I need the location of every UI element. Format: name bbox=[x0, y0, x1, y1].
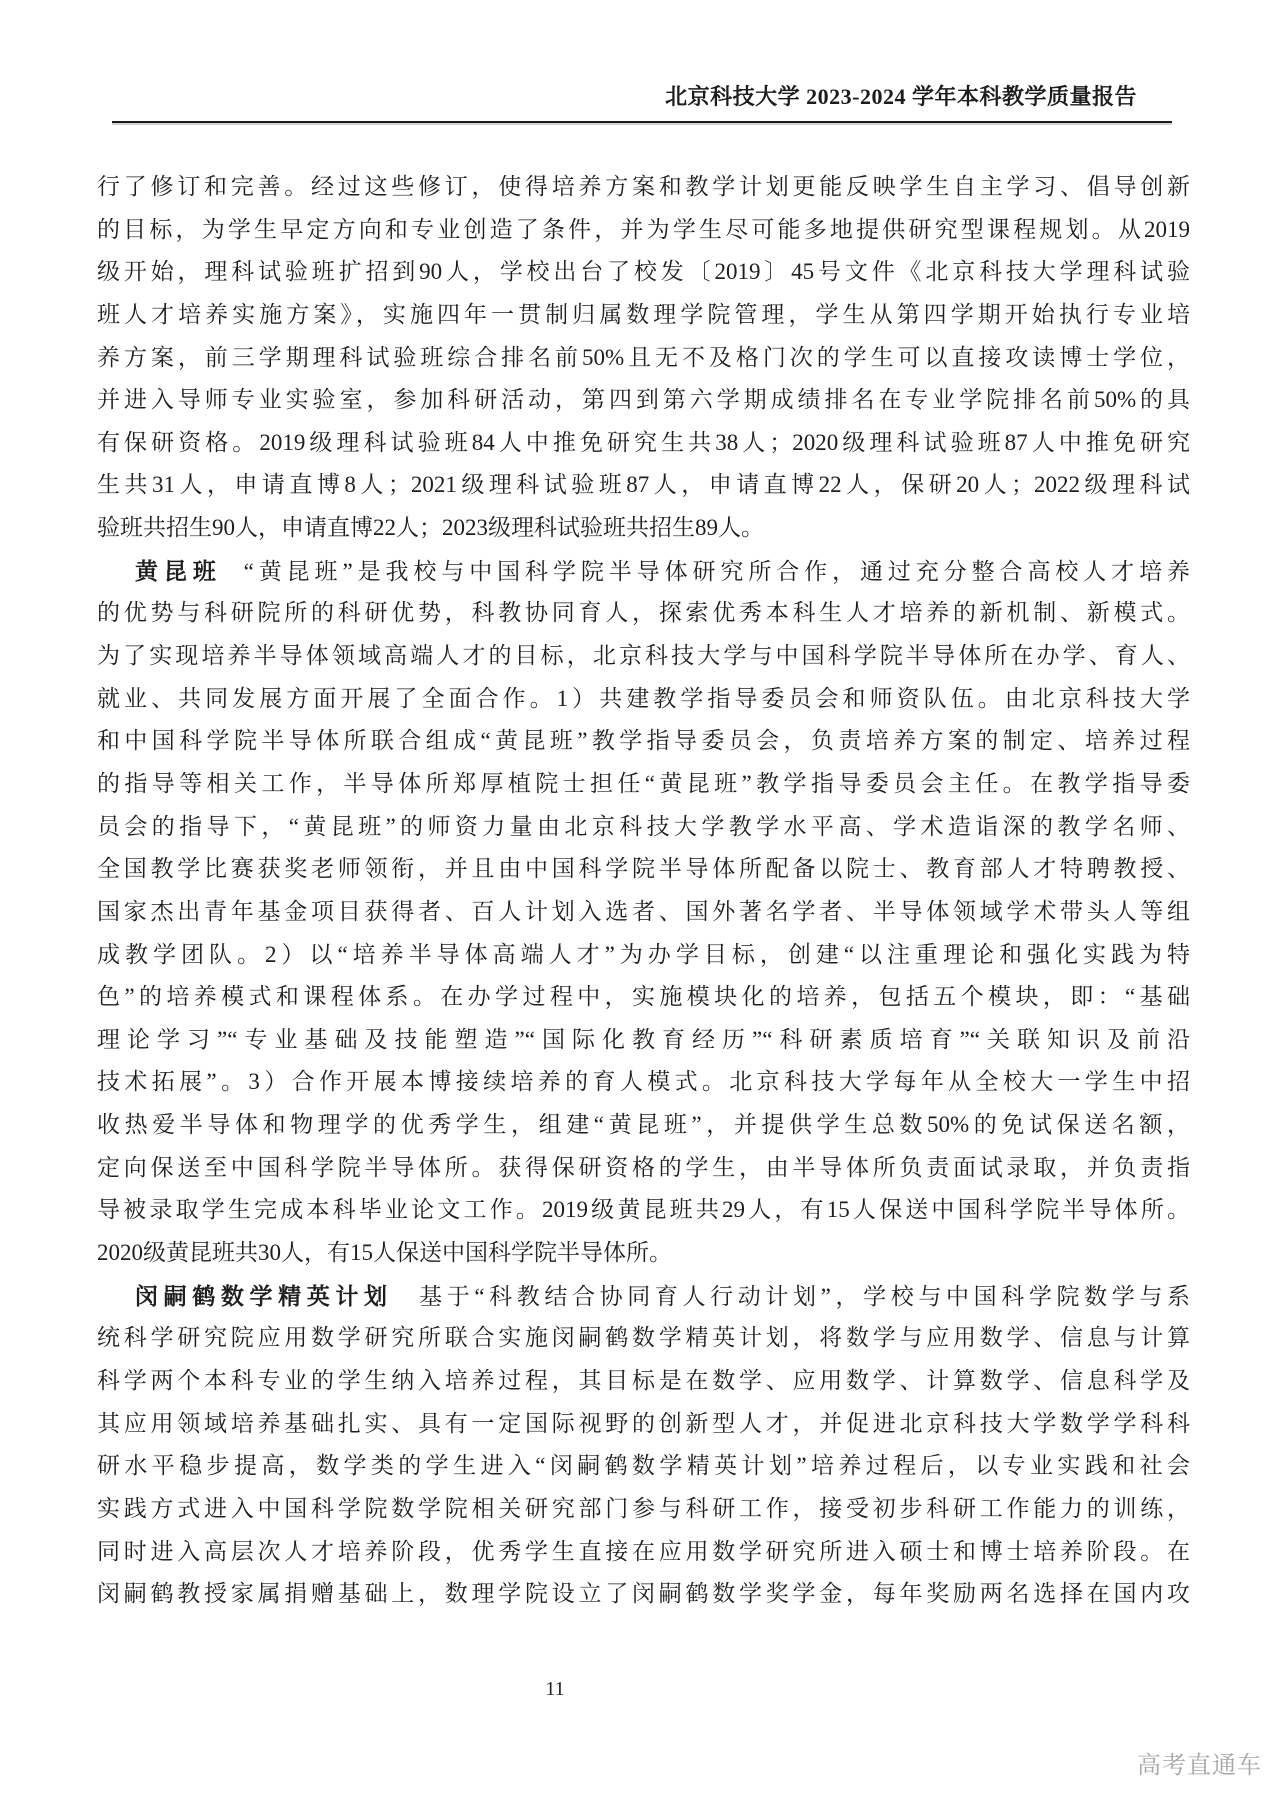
text-line: 的目标，为学生早定方向和专业创造了条件，并为学生尽可能多地提供研究型课程规划。从… bbox=[97, 209, 1190, 252]
text-line: 并进入导师专业实验室，参加科研活动，第四到第六学期成绩排名在专业学院排名前50%… bbox=[97, 379, 1190, 422]
page-number: 11 bbox=[525, 1678, 585, 1701]
line-text: 和中国科学院半导体所联合组成“黄昆班”教学指导委员会，负责培养方案的制定、培养过… bbox=[97, 728, 1190, 753]
line-text: 色”的培养模式和课程体系。在办学过程中，实施模块化的培养，包括五个模块，即：“基… bbox=[97, 984, 1190, 1009]
text-line: 黄昆班“黄昆班”是我校与中国科学院半导体研究所合作，通过充分整合高校人才培养 bbox=[97, 550, 1190, 593]
text-line: 统科学研究院应用数学研究所联合实施闵嗣鹤数学精英计划，将数学与应用数学、信息与计… bbox=[97, 1317, 1190, 1360]
text-line: 2020级黄昆班共30人，有15人保送中国科学院半导体所。 bbox=[97, 1232, 1190, 1275]
line-text: 全国教学比赛获奖老师领衔，并且由中国科学院半导体所配备以院士、教育部人才特聘教授… bbox=[97, 856, 1190, 881]
line-text: 的优势与科研院所的科研优势，科教协同育人，探索优秀本科生人才培养的新机制、新模式… bbox=[97, 600, 1190, 625]
text-line: 研水平稳步提高，数学类的学生进入“闵嗣鹤数学精英计划”培养过程后，以专业实践和社… bbox=[97, 1445, 1190, 1488]
line-text: 并进入导师专业实验室，参加科研活动，第四到第六学期成绩排名在专业学院排名前50%… bbox=[97, 387, 1190, 412]
line-text: 基于“科教结合协同育人行动计划”，学校与中国科学院数学与系 bbox=[414, 1284, 1190, 1309]
line-text: 其应用领域培养基础扎实、具有一定国际视野的创新型人才，并促进北京科技大学数学学科… bbox=[97, 1411, 1190, 1436]
line-text: 养方案，前三学期理科试验班综合排名前50%且无不及格门次的学生可以直接攻读博士学… bbox=[97, 345, 1190, 370]
text-line: 的优势与科研院所的科研优势，科教协同育人，探索优秀本科生人才培养的新机制、新模式… bbox=[97, 592, 1190, 635]
text-line: 有保研资格。2019级理科试验班84人中推免研究生共38人；2020级理科试验班… bbox=[97, 422, 1190, 465]
text-line: 色”的培养模式和课程体系。在办学过程中，实施模块化的培养，包括五个模块，即：“基… bbox=[97, 976, 1190, 1019]
paragraph-lead: 闵嗣鹤数学精英计划 bbox=[135, 1283, 393, 1309]
line-text: 统科学研究院应用数学研究所联合实施闵嗣鹤数学精英计划，将数学与应用数学、信息与计… bbox=[97, 1325, 1190, 1350]
report-page: 北京科技大学 2023-2024 学年本科教学质量报告 行了修订和完善。经过这些… bbox=[0, 0, 1280, 1810]
text-line: 验班共招生90人，申请直博22人；2023级理科试验班共招生89人。 bbox=[97, 507, 1190, 550]
text-line: 闵嗣鹤数学精英计划基于“科教结合协同育人行动计划”，学校与中国科学院数学与系 bbox=[97, 1275, 1190, 1318]
text-line: 科学两个本科专业的学生纳入培养过程，其目标是在数学、应用数学、计算数学、信息科学… bbox=[97, 1360, 1190, 1403]
text-line: 同时进入高层次人才培养阶段，优秀学生直接在应用数学研究所进入硕士和博士培养阶段。… bbox=[97, 1531, 1190, 1574]
line-text: 同时进入高层次人才培养阶段，优秀学生直接在应用数学研究所进入硕士和博士培养阶段。… bbox=[97, 1539, 1190, 1564]
line-text: 导被录取学生完成本科毕业论文工作。2019级黄昆班共29人，有15人保送中国科学… bbox=[97, 1197, 1190, 1222]
line-text: 员会的指导下，“黄昆班”的师资力量由北京科技大学教学水平高、学术造诣深的教学名师… bbox=[97, 814, 1190, 839]
line-text: 级开始，理科试验班扩招到90人，学校出台了校发〔2019〕45号文件《北京科技大… bbox=[97, 259, 1190, 284]
text-line: 其应用领域培养基础扎实、具有一定国际视野的创新型人才，并促进北京科技大学数学学科… bbox=[97, 1403, 1190, 1446]
line-text: 成教学团队。2）以“培养半导体高端人才”为办学目标，创建“以注重理论和强化实践为… bbox=[97, 942, 1190, 967]
header-rule bbox=[112, 121, 1172, 123]
line-text: 的指导等相关工作，半导体所郑厚植院士担任“黄昆班”教学指导委员会主任。在教学指导… bbox=[97, 771, 1190, 796]
line-text: 有保研资格。2019级理科试验班84人中推免研究生共38人；2020级理科试验班… bbox=[97, 430, 1190, 455]
line-text: 班人才培养实施方案》，实施四年一贯制归属数理学院管理，学生从第四学期开始执行专业… bbox=[97, 302, 1190, 327]
text-line: 班人才培养实施方案》，实施四年一贯制归属数理学院管理，学生从第四学期开始执行专业… bbox=[97, 294, 1190, 337]
text-line: 级开始，理科试验班扩招到90人，学校出台了校发〔2019〕45号文件《北京科技大… bbox=[97, 251, 1190, 294]
line-text: 定向保送至中国科学院半导体所。获得保研资格的学生，由半导体所负责面试录取，并负责… bbox=[97, 1155, 1190, 1180]
text-line: 和中国科学院半导体所联合组成“黄昆班”教学指导委员会，负责培养方案的制定、培养过… bbox=[97, 720, 1190, 763]
text-line: 实践方式进入中国科学院数学院相关研究部门参与科研工作，接受初步科研工作能力的训练… bbox=[97, 1488, 1190, 1531]
line-text: “黄昆班”是我校与中国科学院半导体研究所合作，通过充分整合高校人才培养 bbox=[244, 559, 1190, 584]
watermark: 高考直通车 bbox=[1137, 1752, 1262, 1780]
line-text: 科学两个本科专业的学生纳入培养过程，其目标是在数学、应用数学、计算数学、信息科学… bbox=[97, 1368, 1190, 1393]
line-text: 研水平稳步提高，数学类的学生进入“闵嗣鹤数学精英计划”培养过程后，以专业实践和社… bbox=[97, 1453, 1190, 1478]
line-text: 就业、共同发展方面开展了全面合作。1）共建教学指导委员会和师资队伍。由北京科技大… bbox=[97, 686, 1190, 711]
text-line: 理论学习”“专业基础及技能塑造”“国际化教育经历”“科研素质培育”“关联知识及前… bbox=[97, 1019, 1190, 1062]
line-text: 收热爱半导体和物理学的优秀学生，组建“黄昆班”，并提供学生总数50%的免试保送名… bbox=[97, 1112, 1190, 1137]
text-line: 技术拓展”。3）合作开展本博接续培养的育人模式。北京科技大学每年从全校大一学生中… bbox=[97, 1061, 1190, 1104]
paragraph-lead: 黄昆班 bbox=[135, 558, 222, 584]
text-line: 生共31人，申请直博8人；2021级理科试验班87人，申请直博22人，保研20人… bbox=[97, 464, 1190, 507]
text-line: 为了实现培养半导体领域高端人才的目标，北京科技大学与中国科学院半导体所在办学、育… bbox=[97, 635, 1190, 678]
text-line: 全国教学比赛获奖老师领衔，并且由中国科学院半导体所配备以院士、教育部人才特聘教授… bbox=[97, 848, 1190, 891]
text-line: 国家杰出青年基金项目获得者、百人计划入选者、国外著名学者、半导体领域学术带头人等… bbox=[97, 891, 1190, 934]
line-text: 验班共招生90人，申请直博22人；2023级理科试验班共招生89人。 bbox=[97, 515, 764, 540]
line-text: 实践方式进入中国科学院数学院相关研究部门参与科研工作，接受初步科研工作能力的训练… bbox=[97, 1496, 1190, 1521]
text-line: 闵嗣鹤教授家属捐赠基础上，数理学院设立了闵嗣鹤数学奖学金，每年奖励两名选择在国内… bbox=[97, 1573, 1190, 1616]
text-line: 就业、共同发展方面开展了全面合作。1）共建教学指导委员会和师资队伍。由北京科技大… bbox=[97, 678, 1190, 721]
text-line: 收热爱半导体和物理学的优秀学生，组建“黄昆班”，并提供学生总数50%的免试保送名… bbox=[97, 1104, 1190, 1147]
text-line: 成教学团队。2）以“培养半导体高端人才”为办学目标，创建“以注重理论和强化实践为… bbox=[97, 934, 1190, 977]
line-text: 的目标，为学生早定方向和专业创造了条件，并为学生尽可能多地提供研究型课程规划。从… bbox=[97, 217, 1190, 242]
text-line: 的指导等相关工作，半导体所郑厚植院士担任“黄昆班”教学指导委员会主任。在教学指导… bbox=[97, 763, 1190, 806]
header-title: 北京科技大学 2023-2024 学年本科教学质量报告 bbox=[97, 82, 1137, 112]
text-line: 定向保送至中国科学院半导体所。获得保研资格的学生，由半导体所负责面试录取，并负责… bbox=[97, 1147, 1190, 1190]
line-text: 为了实现培养半导体领域高端人才的目标，北京科技大学与中国科学院半导体所在办学、育… bbox=[97, 643, 1190, 668]
text-line: 导被录取学生完成本科毕业论文工作。2019级黄昆班共29人，有15人保送中国科学… bbox=[97, 1189, 1190, 1232]
document-body: 行了修订和完善。经过这些修订，使得培养方案和教学计划更能反映学生自主学习、倡导创… bbox=[97, 166, 1190, 1616]
text-line: 行了修订和完善。经过这些修订，使得培养方案和教学计划更能反映学生自主学习、倡导创… bbox=[97, 166, 1190, 209]
line-text: 闵嗣鹤教授家属捐赠基础上，数理学院设立了闵嗣鹤数学奖学金，每年奖励两名选择在国内… bbox=[97, 1581, 1190, 1606]
line-text: 行了修订和完善。经过这些修订，使得培养方案和教学计划更能反映学生自主学习、倡导创… bbox=[97, 174, 1190, 199]
line-text: 国家杰出青年基金项目获得者、百人计划入选者、国外著名学者、半导体领域学术带头人等… bbox=[97, 899, 1190, 924]
text-line: 员会的指导下，“黄昆班”的师资力量由北京科技大学教学水平高、学术造诣深的教学名师… bbox=[97, 806, 1190, 849]
line-text: 生共31人，申请直博8人；2021级理科试验班87人，申请直博22人，保研20人… bbox=[97, 472, 1190, 497]
line-text: 技术拓展”。3）合作开展本博接续培养的育人模式。北京科技大学每年从全校大一学生中… bbox=[97, 1069, 1190, 1094]
line-text: 2020级黄昆班共30人，有15人保送中国科学院半导体所。 bbox=[97, 1240, 672, 1265]
text-line: 养方案，前三学期理科试验班综合排名前50%且无不及格门次的学生可以直接攻读博士学… bbox=[97, 337, 1190, 380]
line-text: 理论学习”“专业基础及技能塑造”“国际化教育经历”“科研素质培育”“关联知识及前… bbox=[97, 1027, 1190, 1052]
